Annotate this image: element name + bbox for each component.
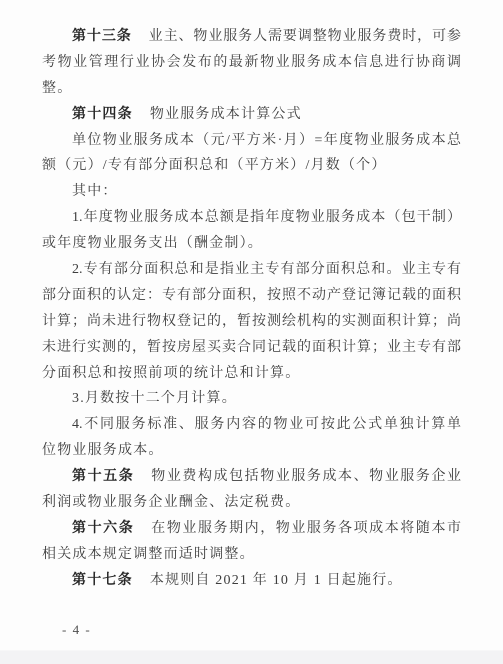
text-line: 3.月数按十二个月计算。 — [42, 386, 461, 412]
line-text: 未进行实测的，暂按房屋买卖合同记载的面积计算；业主专有部 — [42, 340, 461, 355]
article-number: 第十六条 — [72, 521, 134, 536]
text-line: 第十三条业主、物业服务人需要调整物业服务费时，可参 — [42, 24, 461, 50]
text-line: 4.不同服务标准、服务内容的物业可按此公式单独计算单 — [42, 412, 461, 438]
text-line: 相关成本规定调整而适时调整。 — [42, 542, 461, 568]
text-line: 部分面积的认定：专有部分面积，按照不动产登记簿记载的面积 — [42, 283, 461, 309]
text-line: 第十六条在物业服务期内，物业服务各项成本将随本市 — [42, 516, 461, 542]
text-line: 第十七条本规则自 2021 年 10 月 1 日起施行。 — [42, 568, 461, 594]
text-line: 位物业服务成本。 — [42, 438, 461, 464]
text-line: 未进行实测的，暂按房屋买卖合同记载的面积计算；业主专有部 — [42, 335, 461, 361]
line-text: 本规则自 2021 年 10 月 1 日起施行。 — [150, 573, 403, 588]
line-text: 利润或物业服务企业酬金、法定税费。 — [42, 495, 300, 510]
text-line: 分面积总和按照前项的统计总和计算。 — [42, 361, 461, 387]
text-line: 第十五条物业费构成包括物业服务成本、物业服务企业 — [42, 464, 461, 490]
line-text: 计算；尚未进行物权登记的，暂按测绘机构的实测面积计算；尚 — [42, 314, 461, 329]
article-number: 第十三条 — [72, 29, 132, 44]
line-text: 在物业服务期内，物业服务各项成本将随本市 — [151, 521, 461, 536]
page-number: - 4 - — [62, 622, 91, 638]
document-page: 第十三条业主、物业服务人需要调整物业服务费时，可参 考物业管理行业协会发布的最新… — [0, 0, 503, 664]
text-line: 考物业管理行业协会发布的最新物业服务成本信息进行协商调 — [42, 50, 461, 76]
line-text: 相关成本规定调整而适时调整。 — [42, 547, 255, 562]
text-line: 整。 — [42, 76, 461, 102]
line-text: 其中： — [72, 184, 118, 199]
line-text: 物业服务成本计算公式 — [150, 107, 302, 122]
text-line: 2.专有部分面积总和是指业主专有部分面积总和。业主专有 — [42, 257, 461, 283]
line-text: 分面积总和按照前项的统计总和计算。 — [42, 366, 300, 381]
scan-edge-strip — [0, 650, 503, 664]
text-line: 1.年度物业服务成本总额是指年度物业服务成本（包干制） — [42, 205, 461, 231]
text-line: 计算；尚未进行物权登记的，暂按测绘机构的实测面积计算；尚 — [42, 309, 461, 335]
line-text: 整。 — [42, 81, 72, 96]
text-line: 利润或物业服务企业酬金、法定税费。 — [42, 490, 461, 516]
text-line: 单位物业服务成本（元/平方米·月）=年度物业服务成本总 — [42, 128, 461, 154]
line-text: 部分面积的认定：专有部分面积，按照不动产登记簿记载的面积 — [42, 288, 461, 303]
line-text: 位物业服务成本。 — [42, 443, 164, 458]
line-text: 业主、物业服务人需要调整物业服务费时，可参 — [149, 29, 461, 44]
text-line: 或年度物业服务支出（酬金制）。 — [42, 231, 461, 257]
document-body: 第十三条业主、物业服务人需要调整物业服务费时，可参 考物业管理行业协会发布的最新… — [42, 24, 461, 594]
line-text: 或年度物业服务支出（酬金制）。 — [42, 236, 263, 251]
article-number: 第十五条 — [72, 469, 134, 484]
line-text: 物业费构成包括物业服务成本、物业服务企业 — [151, 469, 461, 484]
article-number: 第十四条 — [72, 107, 133, 122]
text-line: 其中： — [42, 179, 461, 205]
line-text: 考物业管理行业协会发布的最新物业服务成本信息进行协商调 — [42, 55, 461, 70]
line-text: 4.不同服务标准、服务内容的物业可按此公式单独计算单 — [72, 417, 461, 432]
text-line: 第十四条物业服务成本计算公式 — [42, 102, 461, 128]
line-text: 3.月数按十二个月计算。 — [72, 391, 237, 406]
line-text: 2.专有部分面积总和是指业主专有部分面积总和。业主专有 — [72, 262, 461, 277]
article-number: 第十七条 — [72, 573, 133, 588]
line-text: 单位物业服务成本（元/平方米·月）=年度物业服务成本总 — [72, 133, 461, 148]
text-line: 额（元）/专有部分面积总和（平方米）/月数（个） — [42, 153, 461, 179]
line-text: 1.年度物业服务成本总额是指年度物业服务成本（包干制） — [72, 210, 461, 225]
line-text: 额（元）/专有部分面积总和（平方米）/月数（个） — [42, 158, 387, 173]
